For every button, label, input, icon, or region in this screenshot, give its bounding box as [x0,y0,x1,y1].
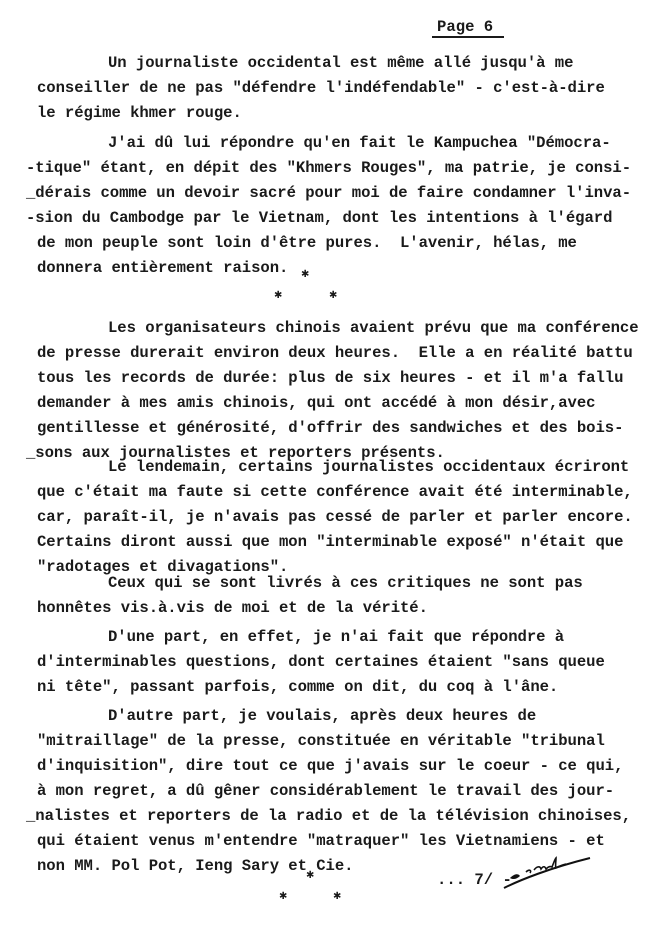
paragraph-3-line-1: Les organisateurs chinois avaient prévu … [108,319,639,337]
separator-star-icon: ✱ [306,870,314,881]
paragraph-7-line-1: D'autre part, je voulais, après deux heu… [108,707,536,725]
paragraph-2-line-1: J'ai dû lui répondre qu'en fait le Kampu… [108,134,611,152]
paragraph-4-line-2: que c'était ma faute si cette conférence… [37,483,633,501]
paragraph-3-line-2: de presse durerait environ deux heures. … [37,344,633,362]
paragraph-4-line-3: car, paraît-il, je n'avais pas cessé de … [37,508,633,526]
paragraph-7-line-3: d'inquisition", dire tout ce que j'avais… [37,757,623,775]
paragraph-4-line-1: Le lendemain, certains journalistes occi… [108,458,629,476]
paragraph-3-line-5: gentillesse et générosité, d'offrir des … [37,419,623,437]
paragraph-4-line-4: Certains diront aussi que mon "intermina… [37,533,623,551]
paragraph-7-line-6: qui étaient venus m'entendre "matraquer"… [37,832,605,850]
paragraph-6-line-2: d'interminables questions, dont certaine… [37,653,605,671]
separator-star-icon: ✱ [279,891,287,902]
separator-star-icon: ✱ [274,290,282,301]
paragraph-2-line-4: -sion du Cambodge par le Vietnam, dont l… [26,209,612,227]
separator-star-icon: ✱ [333,891,341,902]
paragraph-1-line-3: le régime khmer rouge. [37,104,242,122]
separator-star-icon: ✱ [329,290,337,301]
paragraph-2-line-5: de mon peuple sont loin d'être pures. L'… [37,234,577,252]
paragraph-3-line-4: demander à mes amis chinois, qui ont acc… [37,394,595,412]
paragraph-7-line-5: _nalistes et reporters de la radio et de… [26,807,631,825]
paragraph-7-line-4: à mon regret, a dû gêner considérablemen… [37,782,614,800]
separator-star-icon: ✱ [301,269,309,280]
page-number-underline [432,36,504,38]
paragraph-2-line-2: -tique" étant, en dépit des "Khmers Roug… [26,159,631,177]
paragraph-5-line-1: Ceux qui se sont livrés à ces critiques … [108,574,583,592]
paragraph-5-line-2: honnêtes vis.à.vis de moi et de la vérit… [37,599,428,617]
paragraph-6-line-3: ni tête", passant parfois, comme on dit,… [37,678,558,696]
paragraph-7-line-2: "mitraillage" de la presse, constituée e… [37,732,605,750]
paragraph-6-line-1: D'une part, en effet, je n'ai fait que r… [108,628,564,646]
paragraph-2-line-6: donnera entièrement raison. [37,259,288,277]
document-page: Page 6 Un journaliste occidental est mêm… [0,0,650,925]
paragraph-2-line-3: _dérais comme un devoir sacré pour moi d… [26,184,631,202]
paragraph-3-line-3: tous les records de durée: plus de six h… [37,369,623,387]
paragraph-1-line-2: conseiller de ne pas "défendre l'indéfen… [37,79,605,97]
page-number: Page 6 [437,18,493,36]
paragraph-1-line-1: Un journaliste occidental est même allé … [108,54,573,72]
signature-icon [490,850,600,900]
